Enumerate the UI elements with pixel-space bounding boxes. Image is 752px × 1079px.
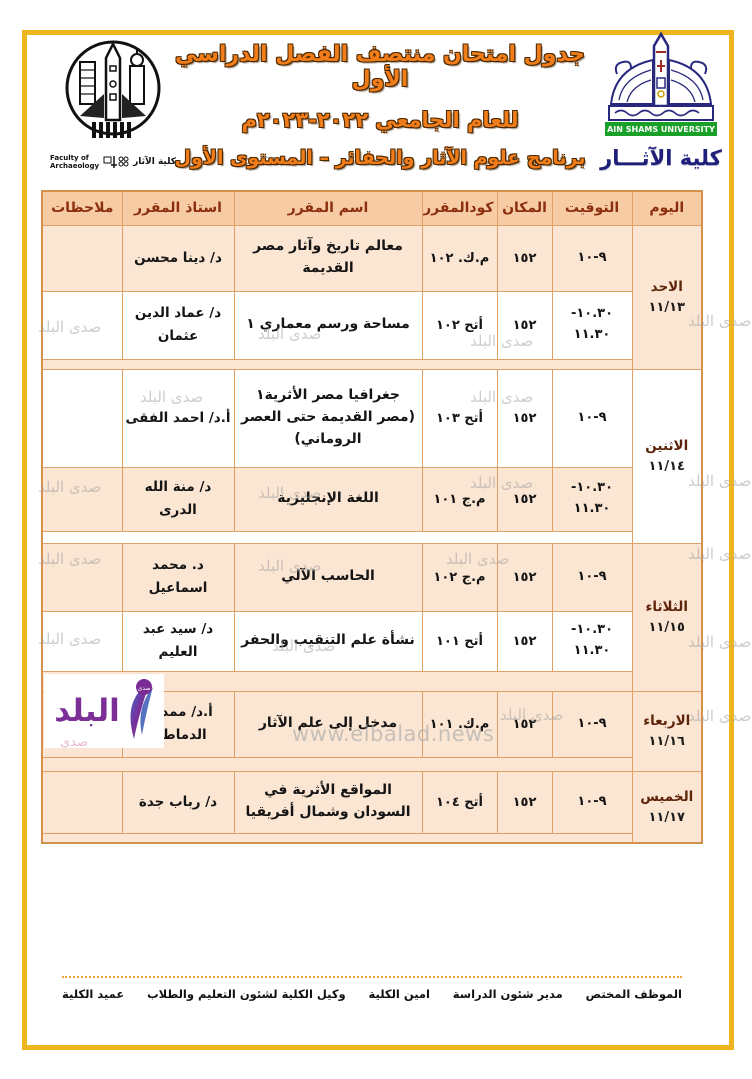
place-cell: ١٥٢: [497, 467, 552, 531]
day-cell: الاحد ١١/١٣: [632, 225, 702, 369]
code-cell: أتح ١٠٢: [422, 291, 497, 359]
course-cell: نشأة علم التنقيب والحفر: [234, 611, 422, 671]
course-cell: معالم تاريخ وآثار مصر القديمة: [234, 225, 422, 291]
day-cell: الخميس ١١/١٧: [632, 771, 702, 843]
program-title: برنامج علوم الآثار والحفائر – المستوى ال…: [168, 147, 592, 169]
column-header-time: التوقيت: [552, 191, 632, 225]
signature-footer: الموظف المختص مدير شئون الدراسة امين الك…: [62, 976, 682, 1001]
ain-shams-emblem-icon: AIN SHAMS UNIVERSITY: [595, 30, 727, 142]
college-name-text: كلية الآثـــار: [590, 146, 732, 170]
notes-cell: [42, 369, 122, 467]
day-cell: الثلاثاء ١١/١٥: [632, 543, 702, 691]
code-cell: أتح ١٠١: [422, 611, 497, 671]
academic-year-title: للعام الجامعي ٢٠٢٢-٢٠٢٣م: [168, 108, 592, 132]
code-cell: م.ك. ١٠١: [422, 691, 497, 757]
course-cell: مساحة ورسم معماري ١: [234, 291, 422, 359]
course-cell: اللغة الإنجليزية: [234, 467, 422, 531]
code-cell: أتح ١٠٣: [422, 369, 497, 467]
table-row: ١٠.٣٠-١١.٣٠ ١٥٢ أتح ١٠١ نشأة علم التنقيب…: [42, 611, 702, 671]
signature-dotted-line: [62, 976, 682, 978]
place-cell: ١٥٢: [497, 225, 552, 291]
notes-cell: [42, 291, 122, 359]
course-cell: الحاسب الآلي: [234, 543, 422, 611]
time-cell: ٩-١٠: [552, 543, 632, 611]
svg-text:AIN SHAMS UNIVERSITY: AIN SHAMS UNIVERSITY: [607, 125, 715, 134]
code-cell: م.ج ١٠١: [422, 467, 497, 531]
sada-elbalad-logo: صدى البلد صدى: [44, 674, 164, 748]
feather-swirl-icon: صدى: [120, 677, 156, 745]
time-cell: ٩-١٠: [552, 225, 632, 291]
hieroglyphs-icon: [103, 155, 129, 169]
svg-text:صدى: صدى: [137, 685, 150, 692]
column-header-place: المكان: [497, 191, 552, 225]
notes-cell: [42, 467, 122, 531]
course-cell: مدخل إلى علم الآثار: [234, 691, 422, 757]
exam-schedule-page: Faculty of Archaeology كلية الآثار: [0, 0, 752, 1079]
balad-logo-subtext: صدى: [60, 735, 88, 750]
day-cell: الاربعاء ١١/١٦: [632, 691, 702, 771]
professor-cell: د/ عماد الدين عثمان: [122, 291, 234, 359]
place-cell: ١٥٢: [497, 691, 552, 757]
professor-cell: د/ دينا محسن: [122, 225, 234, 291]
column-header-day: اليوم: [632, 191, 702, 225]
column-header-code: كودالمقرر: [422, 191, 497, 225]
table-row: ١٠.٣٠-١١.٣٠ ١٥٢ م.ج ١٠١ اللغة الإنجليزية…: [42, 467, 702, 531]
table-row: الخميس ١١/١٧ ٩-١٠ ١٥٢ أتح ١٠٤ المواقع ال…: [42, 771, 702, 833]
code-cell: أتح ١٠٤: [422, 771, 497, 833]
time-cell: ٩-١٠: [552, 691, 632, 757]
code-cell: م.ج ١٠٢: [422, 543, 497, 611]
place-cell: ١٥٢: [497, 771, 552, 833]
column-header-course: اسم المقرر: [234, 191, 422, 225]
time-cell: ٩-١٠: [552, 369, 632, 467]
signature-dean: عميد الكلية: [62, 987, 124, 1001]
faculty-caption-english: Faculty of Archaeology: [50, 154, 99, 170]
place-cell: ١٥٢: [497, 543, 552, 611]
course-cell: جغرافيا مصر الأثرية١ (مصر القديمة حتى ال…: [234, 369, 422, 467]
signature-college-secretary: امين الكلية: [369, 987, 430, 1001]
balad-logo-text: البلد: [54, 696, 119, 727]
time-cell: ١٠.٣٠-١١.٣٠: [552, 611, 632, 671]
table-row: الاثنين ١١/١٤ ٩-١٠ ١٥٢ أتح ١٠٣ جغرافيا م…: [42, 369, 702, 467]
signature-study-affairs-director: مدير شئون الدراسة: [453, 987, 563, 1001]
time-cell: ١٠.٣٠-١١.٣٠: [552, 291, 632, 359]
time-cell: ٩-١٠: [552, 771, 632, 833]
professor-cell: د/ سيد عبد العليم: [122, 611, 234, 671]
notes-cell: [42, 543, 122, 611]
signature-specialist-officer: الموظف المختص: [586, 987, 682, 1001]
spacer-row: [42, 531, 702, 543]
professor-cell: د/ رباب جدة: [122, 771, 234, 833]
notes-cell: [42, 225, 122, 291]
spacer-row: [42, 833, 702, 843]
spacer-row: [42, 757, 702, 771]
day-cell: الاثنين ١١/١٤: [632, 369, 702, 543]
faculty-logo-caption: Faculty of Archaeology كلية الآثار: [50, 154, 176, 170]
professor-cell: د. محمد اسماعيل: [122, 543, 234, 611]
signature-vice-dean: وكيل الكلية لشئون التعليم والطلاب: [147, 987, 346, 1001]
table-header-row: اليوم التوقيت المكان كودالمقرر اسم المقر…: [42, 191, 702, 225]
signature-labels: الموظف المختص مدير شئون الدراسة امين الك…: [62, 987, 682, 1001]
course-cell: المواقع الأثرية في السودان وشمال أفريقيا: [234, 771, 422, 833]
place-cell: ١٥٢: [497, 369, 552, 467]
place-cell: ١٥٢: [497, 611, 552, 671]
page-title: جدول امتحان منتصف الفصل الدراسي الأول: [168, 42, 592, 92]
document-titles: جدول امتحان منتصف الفصل الدراسي الأول لل…: [168, 42, 592, 169]
table-row: ١٠.٣٠-١١.٣٠ ١٥٢ أتح ١٠٢ مساحة ورسم معمار…: [42, 291, 702, 359]
code-cell: م.ك. ١٠٢: [422, 225, 497, 291]
place-cell: ١٥٢: [497, 291, 552, 359]
column-header-notes: ملاحظات: [42, 191, 122, 225]
ain-shams-university-logo: AIN SHAMS UNIVERSITY كلية الآثـــار: [590, 30, 732, 170]
faculty-archaeology-logo: Faculty of Archaeology كلية الآثار: [50, 36, 176, 170]
time-cell: ١٠.٣٠-١١.٣٠: [552, 467, 632, 531]
notes-cell: [42, 611, 122, 671]
professor-cell: د/ منة الله الدرى: [122, 467, 234, 531]
faculty-archaeology-emblem-icon: [52, 36, 174, 148]
table-row: الثلاثاء ١١/١٥ ٩-١٠ ١٥٢ م.ج ١٠٢ الحاسب ا…: [42, 543, 702, 611]
professor-cell: أ.د/ احمد الفقى: [122, 369, 234, 467]
table-row: الاحد ١١/١٣ ٩-١٠ ١٥٢ م.ك. ١٠٢ معالم تاري…: [42, 225, 702, 291]
notes-cell: [42, 771, 122, 833]
spacer-row: [42, 359, 702, 369]
column-header-professor: استاذ المقرر: [122, 191, 234, 225]
